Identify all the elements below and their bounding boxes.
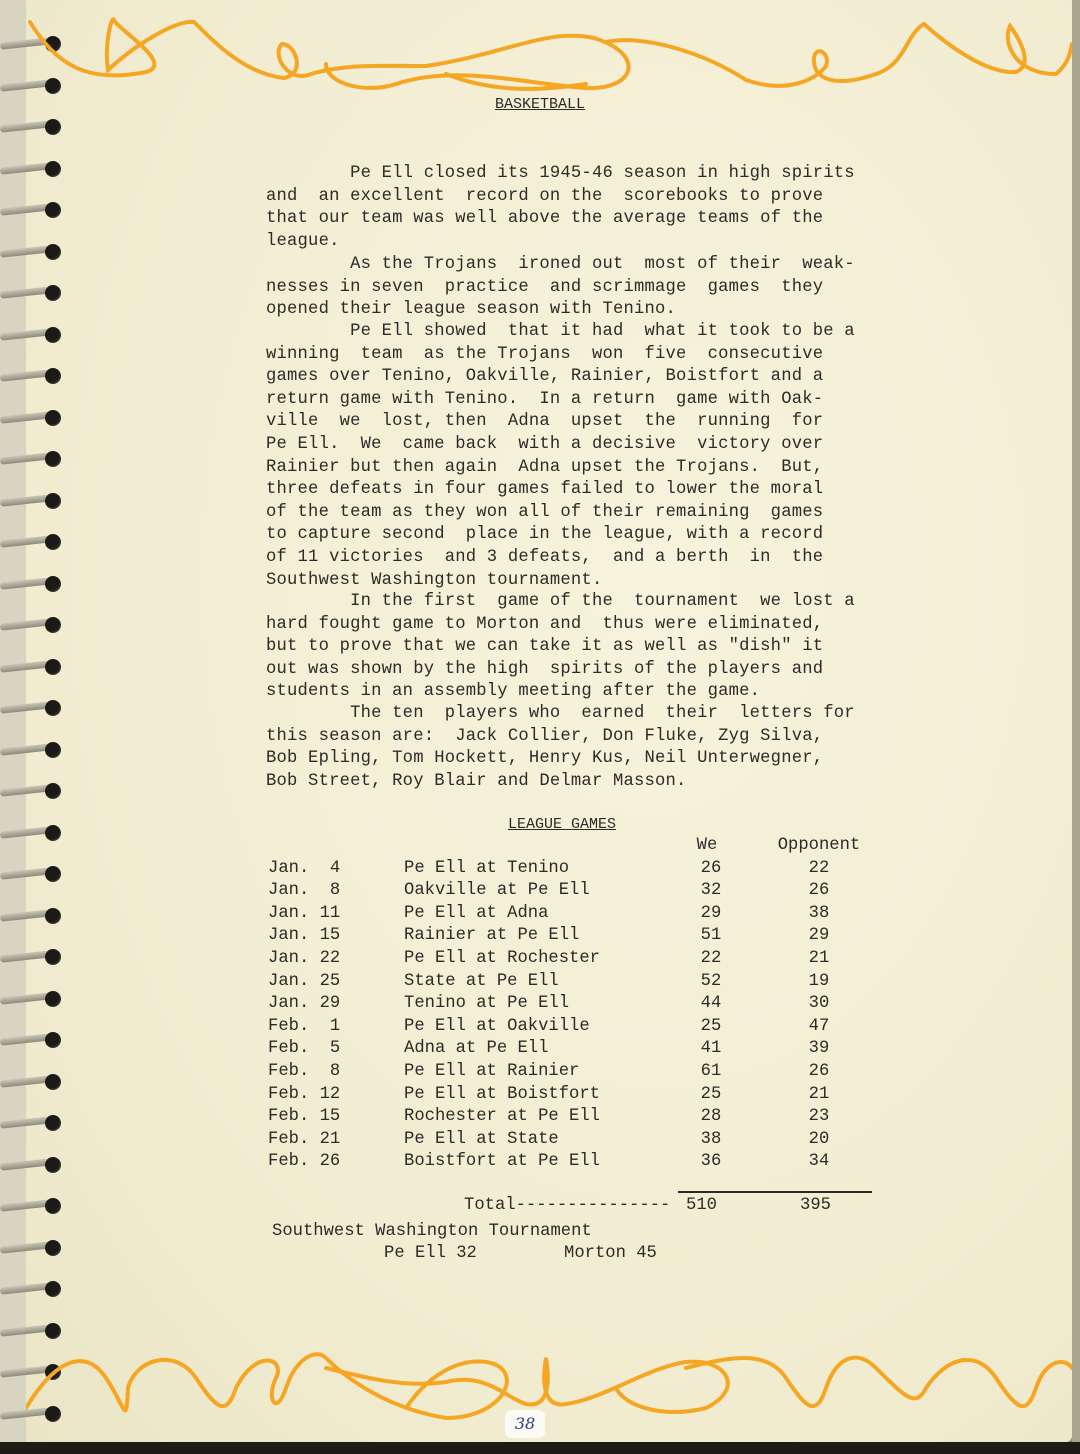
score-opponent: 47 xyxy=(774,1017,864,1036)
table-row: Jan. 25State at Pe Ell5219 xyxy=(268,972,888,995)
game-matchup: Rainier at Pe Ell xyxy=(404,926,579,945)
score-we: 36 xyxy=(696,1152,726,1171)
game-date: Jan. 29 xyxy=(268,994,340,1013)
game-date: Feb. 5 xyxy=(268,1039,340,1058)
total-rule xyxy=(678,1191,872,1193)
binding-ring-icon xyxy=(0,700,66,716)
game-date: Feb. 8 xyxy=(268,1062,340,1081)
game-matchup: State at Pe Ell xyxy=(404,972,559,991)
page-title: BASKETBALL xyxy=(0,96,1080,113)
page-number: 38 xyxy=(505,1410,545,1438)
game-date: Jan. 8 xyxy=(268,881,340,900)
binding-ring-icon xyxy=(0,1240,66,1256)
score-we: 41 xyxy=(696,1039,726,1058)
tournament-title: Southwest Washington Tournament xyxy=(272,1222,592,1241)
column-header-opponent: Opponent xyxy=(774,836,864,855)
binding-ring-icon xyxy=(0,1198,66,1214)
binding-strip xyxy=(0,0,27,1454)
binding-ring-icon xyxy=(0,327,66,343)
paragraph-letter-winners: The ten players who earned their letters… xyxy=(266,703,866,793)
paragraph-tournament: In the first game of the tournament we l… xyxy=(266,591,866,704)
score-opponent: 20 xyxy=(774,1130,864,1149)
page-bottom-edge xyxy=(0,1442,1080,1454)
total-we: 510 xyxy=(686,1196,717,1215)
score-we: 52 xyxy=(696,972,726,991)
score-opponent: 26 xyxy=(774,881,864,900)
game-matchup: Boistfort at Pe Ell xyxy=(404,1152,600,1171)
binding-ring-icon xyxy=(0,493,66,509)
game-matchup: Pe Ell at Boistfort xyxy=(404,1085,600,1104)
game-matchup: Pe Ell at Adna xyxy=(404,904,548,923)
score-opponent: 38 xyxy=(774,904,864,923)
score-opponent: 30 xyxy=(774,994,864,1013)
league-games-table: We Opponent Jan. 4Pe Ell at Tenino2622Ja… xyxy=(268,836,888,1175)
binding-ring-icon xyxy=(0,1406,66,1422)
score-opponent: 23 xyxy=(774,1107,864,1126)
binding-ring-icon xyxy=(0,1032,66,1048)
binding-ring-icon xyxy=(0,1115,66,1131)
table-row: Jan. 29Tenino at Pe Ell4430 xyxy=(268,994,888,1017)
score-opponent: 26 xyxy=(774,1062,864,1081)
binding-ring-icon xyxy=(0,908,66,924)
binding-ring-icon xyxy=(0,368,66,384)
score-we: 38 xyxy=(696,1130,726,1149)
binding-ring-icon xyxy=(0,161,66,177)
paragraph-intro: Pe Ell closed its 1945-46 season in high… xyxy=(266,163,866,253)
tournament-away-score: Morton 45 xyxy=(564,1244,657,1263)
table-row: Feb. 5Adna at Pe Ell4139 xyxy=(268,1039,888,1062)
table-row: Jan. 22Pe Ell at Rochester2221 xyxy=(268,949,888,972)
binding-ring-icon xyxy=(0,534,66,550)
binding-ring-icon xyxy=(0,659,66,675)
game-date: Feb. 21 xyxy=(268,1130,340,1149)
score-opponent: 22 xyxy=(774,859,864,878)
tournament-home-score: Pe Ell 32 xyxy=(384,1244,477,1263)
binding-ring-icon xyxy=(0,1157,66,1173)
table-row: Feb. 26Boistfort at Pe Ell3634 xyxy=(268,1152,888,1175)
binding-ring-icon xyxy=(0,36,66,52)
score-we: 22 xyxy=(696,949,726,968)
game-date: Feb. 1 xyxy=(268,1017,340,1036)
table-row: Feb. 21Pe Ell at State3820 xyxy=(268,1130,888,1153)
total-label: Total--------------- xyxy=(464,1196,670,1215)
paragraph-preseason: As the Trojans ironed out most of their … xyxy=(266,254,866,322)
score-opponent: 19 xyxy=(774,972,864,991)
game-matchup: Pe Ell at Oakville xyxy=(404,1017,590,1036)
binding-ring-icon xyxy=(0,991,66,1007)
table-row: Feb. 1Pe Ell at Oakville2547 xyxy=(268,1017,888,1040)
binding-ring-icon xyxy=(0,78,66,94)
binding-ring-icon xyxy=(0,783,66,799)
table-row: Jan. 15Rainier at Pe Ell5129 xyxy=(268,926,888,949)
table-row: Jan. 4Pe Ell at Tenino2622 xyxy=(268,859,888,882)
game-matchup: Adna at Pe Ell xyxy=(404,1039,548,1058)
game-date: Feb. 15 xyxy=(268,1107,340,1126)
game-matchup: Pe Ell at State xyxy=(404,1130,559,1149)
game-matchup: Pe Ell at Rainier xyxy=(404,1062,579,1081)
score-we: 32 xyxy=(696,881,726,900)
game-date: Feb. 12 xyxy=(268,1085,340,1104)
table-row: Feb. 8Pe Ell at Rainier6126 xyxy=(268,1062,888,1085)
table-header: We Opponent xyxy=(268,836,888,859)
page-edge xyxy=(1072,0,1080,1454)
column-header-we: We xyxy=(692,836,722,855)
table-row: Feb. 12Pe Ell at Boistfort2521 xyxy=(268,1085,888,1108)
score-we: 51 xyxy=(696,926,726,945)
game-matchup: Pe Ell at Tenino xyxy=(404,859,569,878)
binding-ring-icon xyxy=(0,866,66,882)
league-games-title: LEAGUE GAMES xyxy=(0,816,1080,833)
score-opponent: 39 xyxy=(774,1039,864,1058)
game-matchup: Pe Ell at Rochester xyxy=(404,949,600,968)
game-date: Feb. 26 xyxy=(268,1152,340,1171)
binding-ring-icon xyxy=(0,202,66,218)
game-date: Jan. 22 xyxy=(268,949,340,968)
table-row: Jan. 11Pe Ell at Adna2938 xyxy=(268,904,888,927)
binding-ring-icon xyxy=(0,244,66,260)
paragraph-season-summary: Pe Ell showed that it had what it took t… xyxy=(266,321,866,592)
score-we: 26 xyxy=(696,859,726,878)
score-opponent: 21 xyxy=(774,949,864,968)
score-we: 25 xyxy=(696,1017,726,1036)
table-row: Jan. 8Oakville at Pe Ell3226 xyxy=(268,881,888,904)
binding-ring-icon xyxy=(0,285,66,301)
game-date: Jan. 11 xyxy=(268,904,340,923)
binding-ring-icon xyxy=(0,1074,66,1090)
game-date: Jan. 4 xyxy=(268,859,340,878)
score-we: 25 xyxy=(696,1085,726,1104)
binding-ring-icon xyxy=(0,742,66,758)
game-matchup: Rochester at Pe Ell xyxy=(404,1107,600,1126)
binding-ring-icon xyxy=(0,1323,66,1339)
game-date: Jan. 25 xyxy=(268,972,340,991)
binding-ring-icon xyxy=(0,410,66,426)
score-we: 44 xyxy=(696,994,726,1013)
game-matchup: Tenino at Pe Ell xyxy=(404,994,569,1013)
binding-ring-icon xyxy=(0,576,66,592)
score-opponent: 34 xyxy=(774,1152,864,1171)
binding-ring-icon xyxy=(0,1364,66,1380)
game-date: Jan. 15 xyxy=(268,926,340,945)
binding-ring-icon xyxy=(0,119,66,135)
score-we: 28 xyxy=(696,1107,726,1126)
score-opponent: 21 xyxy=(774,1085,864,1104)
score-we: 29 xyxy=(696,904,726,923)
game-matchup: Oakville at Pe Ell xyxy=(404,881,590,900)
binding-ring-icon xyxy=(0,617,66,633)
binding-ring-icon xyxy=(0,451,66,467)
score-opponent: 29 xyxy=(774,926,864,945)
binding-ring-icon xyxy=(0,949,66,965)
total-opponent: 395 xyxy=(800,1196,831,1215)
table-row: Feb. 15Rochester at Pe Ell2823 xyxy=(268,1107,888,1130)
score-we: 61 xyxy=(696,1062,726,1081)
binding-ring-icon xyxy=(0,1281,66,1297)
